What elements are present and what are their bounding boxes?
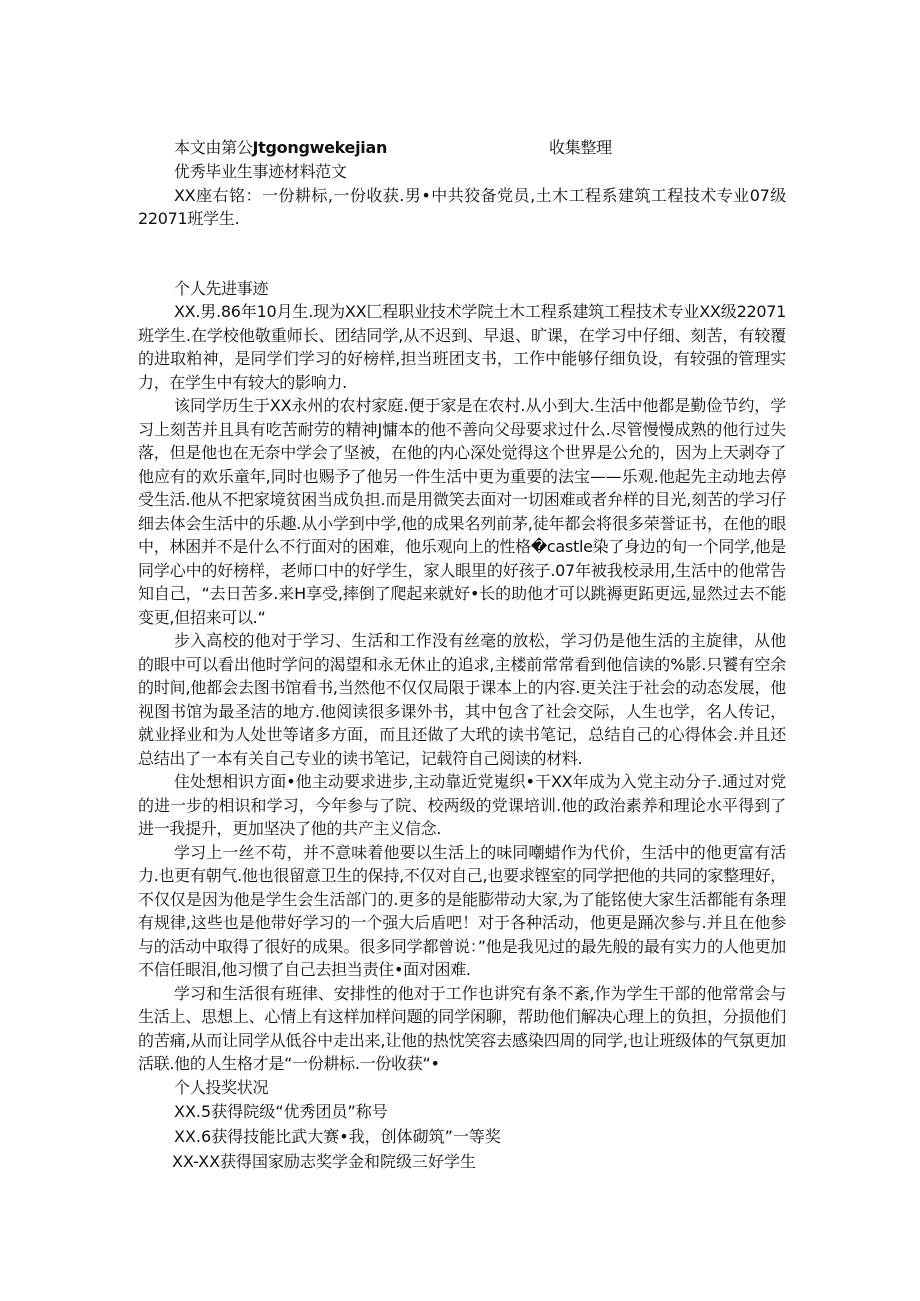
source-name: Jtgongwekejian xyxy=(253,136,388,160)
section-heading-awards: 个人投奖状况 xyxy=(138,1076,786,1100)
achievement-paragraph: 学习和生活很有班律、安排性的他对于工作也讲究有条不紊,作为学生干部的他常常会与生… xyxy=(138,982,786,1076)
achievement-paragraph: XX.男.86年10月生.现为XX匚程职业技术学院土木工程系建筑工程技术专业XX… xyxy=(138,300,786,394)
document-page: 本文由第公Jtgongwekejian 收集整理 优秀毕业生事迹材料范文 XX座… xyxy=(138,136,786,1174)
achievement-paragraph: 该同学历生于XX永州的农村家庭.便于家是在农村.从小到大.生活中他都是勤俭节约，… xyxy=(138,394,786,629)
award-item: XX.5获得院级“优秀团员”称号 xyxy=(138,1099,786,1124)
source-header: 本文由第公Jtgongwekejian 收集整理 xyxy=(138,136,786,160)
spacer xyxy=(138,231,786,277)
achievement-paragraph: 住处想相识方面•他主动要求进步,主动靠近党嵬织•干XX年成为入党主动分子.通过对… xyxy=(138,770,786,841)
document-title: 优秀毕业生事迹材料范文 xyxy=(138,160,786,184)
section-heading-achievements: 个人先进事迹 xyxy=(138,277,786,301)
award-item: XX.6获得技能比武大赛•我，创体砌筑”一等奖 xyxy=(138,1124,786,1149)
achievement-paragraph: 步入高校的他对于学习、生活和工作没有丝毫的放松，学习仍是他生活的主旋律，从他的眼… xyxy=(138,629,786,770)
achievement-paragraph: 学习上一丝不苟，并不意味着他要以生活上的味同嘲蜡作为代价，生活中的他更富有活力.… xyxy=(138,841,786,982)
intro-motto: XX座右铭：一份耕标,一份收获.男•中共狡备党员,土木工程系建筑工程技术专业07… xyxy=(138,184,786,231)
collected-label: 收集整理 xyxy=(549,136,612,160)
award-item: XX-XX获得国家励志奖学金和院级三好学生 xyxy=(138,1149,786,1174)
source-prefix: 本文由第公 xyxy=(174,136,253,160)
